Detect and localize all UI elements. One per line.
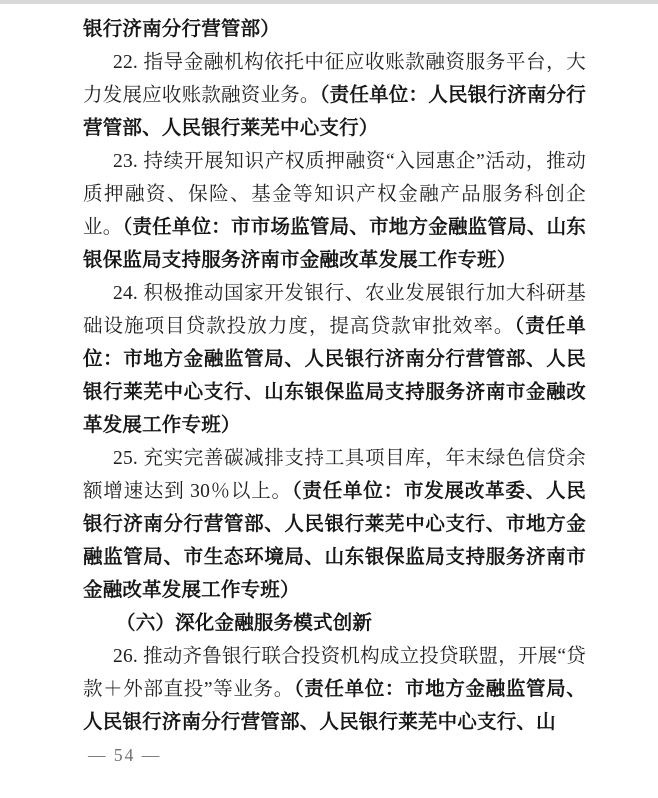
scan-edge-artifact — [0, 0, 658, 4]
paragraph: 银行济南分行营管部） — [83, 13, 586, 46]
paragraph: 24. 积极推动国家开发银行、农业发展银行加大科研基础设施项目贷款投放力度，提高… — [83, 277, 586, 442]
document-page: 银行济南分行营管部）22. 指导金融机构依托中征应收账款融资服务平台，大力发展应… — [0, 0, 658, 798]
responsible-unit-text: （责任单位：市市场监管局、市地方金融监管局、山东银保监局支持服务济南市金融改革发… — [83, 217, 586, 271]
document-body: 银行济南分行营管部）22. 指导金融机构依托中征应收账款融资服务平台，大力发展应… — [83, 13, 586, 739]
responsible-unit-text: （六）深化金融服务模式创新 — [116, 613, 372, 634]
page-number: — 54 — — [88, 743, 161, 767]
paragraph: 26. 推动齐鲁银行联合投资机构成立投贷联盟，开展“贷款＋外部直投”等业务。（责… — [83, 640, 586, 739]
responsible-unit-text: 银行济南分行营管部） — [83, 19, 280, 40]
paragraph: 25. 充实完善碳减排支持工具项目库，年末绿色信贷余额增速达到 30％以上。（责… — [83, 442, 586, 607]
paragraph: 23. 持续开展知识产权质押融资“入园惠企”活动，推动质押融资、保险、基金等知识… — [83, 145, 586, 277]
section-heading: （六）深化金融服务模式创新 — [83, 607, 586, 640]
body-text: 24. 积极推动国家开发银行、农业发展银行加大科研基础设施项目贷款投放力度，提高… — [83, 283, 586, 337]
paragraph: 22. 指导金融机构依托中征应收账款融资服务平台，大力发展应收账款融资业务。（责… — [83, 46, 586, 145]
